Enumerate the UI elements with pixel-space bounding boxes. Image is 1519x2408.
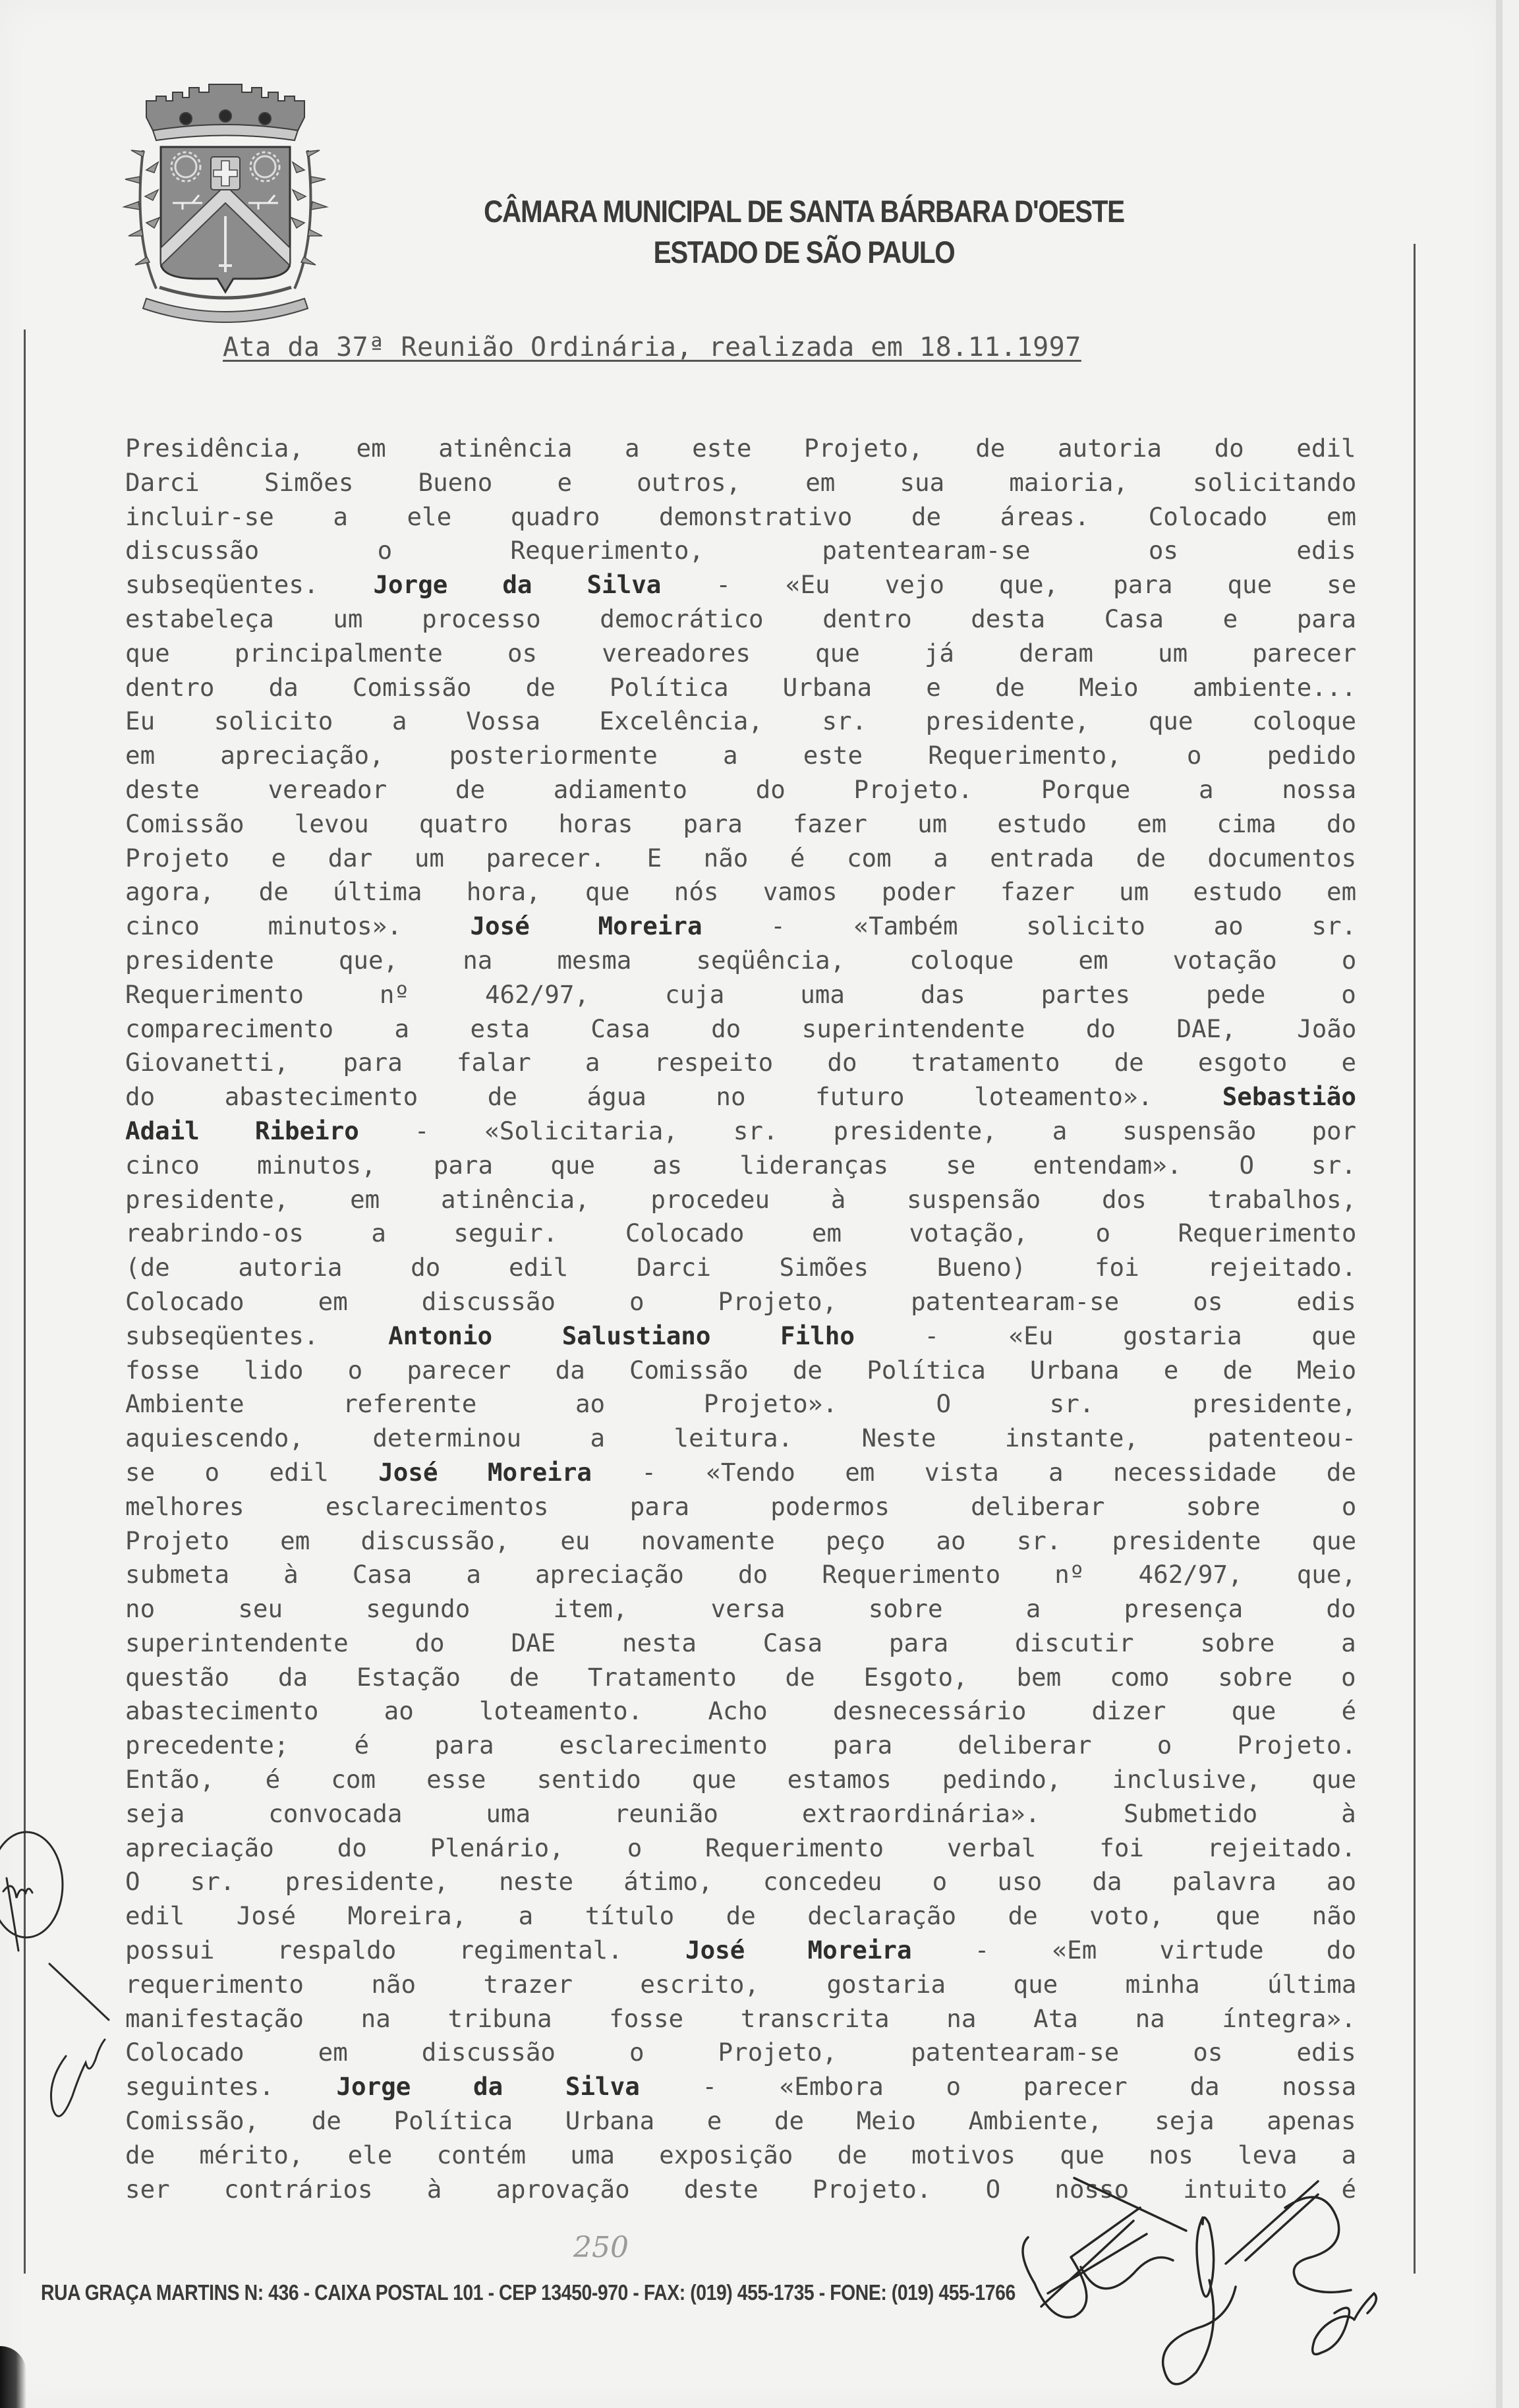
text-line: deste vereador de adiamento do Projeto. …	[125, 773, 1356, 807]
text-line: Comissão levou quatro horas para fazer u…	[125, 807, 1356, 842]
text-line: Giovanetti, para falar a respeito do tra…	[125, 1046, 1356, 1080]
institution-name: CÂMARA MUNICIPAL DE SANTA BÁRBARA D'OEST…	[430, 191, 1178, 232]
text-line: de mérito, ele contém uma exposição de m…	[125, 2138, 1356, 2173]
text-line: Projeto e dar um parecer. E não é com a …	[125, 842, 1356, 876]
text-line: O sr. presidente, neste átimo, concedeu …	[125, 1865, 1356, 1899]
text-line: superintendente do DAE nesta Casa para d…	[125, 1626, 1356, 1661]
text-line: manifestação na tribuna fosse transcrita…	[125, 2002, 1356, 2036]
institution-header: CÂMARA MUNICIPAL DE SANTA BÁRBARA D'OEST…	[430, 191, 1178, 273]
text-line: Requerimento nº 462/97, cuja uma das par…	[125, 978, 1356, 1012]
speaker-name: José Moreira	[378, 1458, 592, 1487]
text-line: Presidência, em atinência a este Projeto…	[125, 432, 1356, 466]
text-line: Então, é com esse sentido que estamos pe…	[125, 1763, 1356, 1797]
text-line: discussão o Requerimento, patentearam-se…	[125, 534, 1356, 568]
text-line: reabrindo-os a seguir. Colocado em votaç…	[125, 1217, 1356, 1251]
text-line: comparecimento a esta Casa do superinten…	[125, 1012, 1356, 1046]
right-margin-rule	[1414, 244, 1416, 2274]
speaker-name: Jorge da Silva	[373, 570, 661, 599]
text-line: Colocado em discussão o Projeto, patente…	[125, 2036, 1356, 2070]
handwritten-page-number: 250	[573, 2231, 629, 2264]
text-line: dentro da Comissão de Política Urbana e …	[125, 671, 1356, 705]
minutes-body: Presidência, em atinência a este Projeto…	[125, 432, 1356, 2206]
text-line: presidente que, na mesma seqüência, colo…	[125, 944, 1356, 978]
text-line: Eu solicito a Vossa Excelência, sr. pres…	[125, 704, 1356, 739]
speaker-name: Sebastião	[1222, 1082, 1356, 1111]
scan-edge-shadow	[0, 2346, 26, 2408]
speaker-name: José Moreira	[470, 911, 702, 940]
speaker-name: Jorge da Silva	[336, 2072, 639, 2101]
text-line: Colocado em discussão o Projeto, patente…	[125, 1285, 1356, 1319]
text-line: requerimento não trazer escrito, gostari…	[125, 1968, 1356, 2002]
coat-of-arms-icon	[120, 78, 331, 325]
text-line: no seu segundo item, versa sobre a prese…	[125, 1592, 1356, 1626]
text-line: possui respaldo regimental. José Moreira…	[125, 1934, 1356, 1968]
text-line: Adail Ribeiro - «Solicitaria, sr. presid…	[125, 1114, 1356, 1149]
speaker-name: Adail Ribeiro	[125, 1116, 359, 1145]
text-line: subseqüentes. Antonio Salustiano Filho -…	[125, 1319, 1356, 1354]
left-margin-rule	[24, 330, 26, 2274]
institution-state: ESTADO DE SÃO PAULO	[430, 232, 1178, 273]
text-line: abastecimento ao loteamento. Acho desnec…	[125, 1694, 1356, 1729]
text-line: presidente, em atinência, procedeu à sus…	[125, 1183, 1356, 1217]
text-line: Comissão, de Política Urbana e de Meio A…	[125, 2104, 1356, 2138]
document-page: CÂMARA MUNICIPAL DE SANTA BÁRBARA D'OEST…	[0, 0, 1503, 2408]
text-line: Ambiente referente ao Projeto». O sr. pr…	[125, 1387, 1356, 1421]
text-line: edil José Moreira, a título de declaraçã…	[125, 1899, 1356, 1934]
text-line: ser contrários à aprovação deste Projeto…	[125, 2173, 1356, 2207]
text-line: cinco minutos, para que as lideranças se…	[125, 1149, 1356, 1183]
text-line: cinco minutos». José Moreira - «Também s…	[125, 909, 1356, 944]
text-line: incluir-se a ele quadro demonstrativo de…	[125, 500, 1356, 534]
text-line: (de autoria do edil Darci Simões Bueno) …	[125, 1251, 1356, 1285]
text-line: do abastecimento de água no futuro lotea…	[125, 1080, 1356, 1114]
text-line: se o edil José Moreira - «Tendo em vista…	[125, 1456, 1356, 1490]
text-line: Darci Simões Bueno e outros, em sua maio…	[125, 466, 1356, 500]
text-line: seguintes. Jorge da Silva - «Embora o pa…	[125, 2070, 1356, 2104]
text-line: agora, de última hora, que nós vamos pod…	[125, 875, 1356, 909]
footer-address: RUA GRAÇA MARTINS N: 436 - CAIXA POSTAL …	[41, 2280, 1242, 2305]
text-line: questão da Estação de Tratamento de Esgo…	[125, 1661, 1356, 1695]
text-line: subseqüentes. Jorge da Silva - «Eu vejo …	[125, 568, 1356, 602]
text-line: seja convocada uma reunião extraordinári…	[125, 1797, 1356, 1831]
speaker-name: José Moreira	[685, 1935, 912, 1964]
minutes-title: Ata da 37ª Reunião Ordinária, realizada …	[223, 331, 1287, 364]
text-line: submeta à Casa a apreciação do Requerime…	[125, 1558, 1356, 1592]
left-margin-signatures-icon	[0, 1799, 132, 2142]
text-line: precedente; é para esclarecimento para d…	[125, 1729, 1356, 1763]
text-line: apreciação do Plenário, o Requerimento v…	[125, 1831, 1356, 1866]
speaker-name: Antonio Salustiano Filho	[388, 1321, 855, 1350]
text-line: estabeleça um processo democrático dentr…	[125, 602, 1356, 637]
text-line: que principalmente os vereadores que já …	[125, 637, 1356, 671]
text-line: fosse lido o parecer da Comissão de Polí…	[125, 1354, 1356, 1388]
text-line: Projeto em discussão, eu novamente peço …	[125, 1524, 1356, 1559]
text-line: aquiescendo, determinou a leitura. Neste…	[125, 1421, 1356, 1456]
text-line: melhores esclarecimentos para podermos d…	[125, 1490, 1356, 1524]
text-line: em apreciação, posteriormente a este Req…	[125, 739, 1356, 773]
